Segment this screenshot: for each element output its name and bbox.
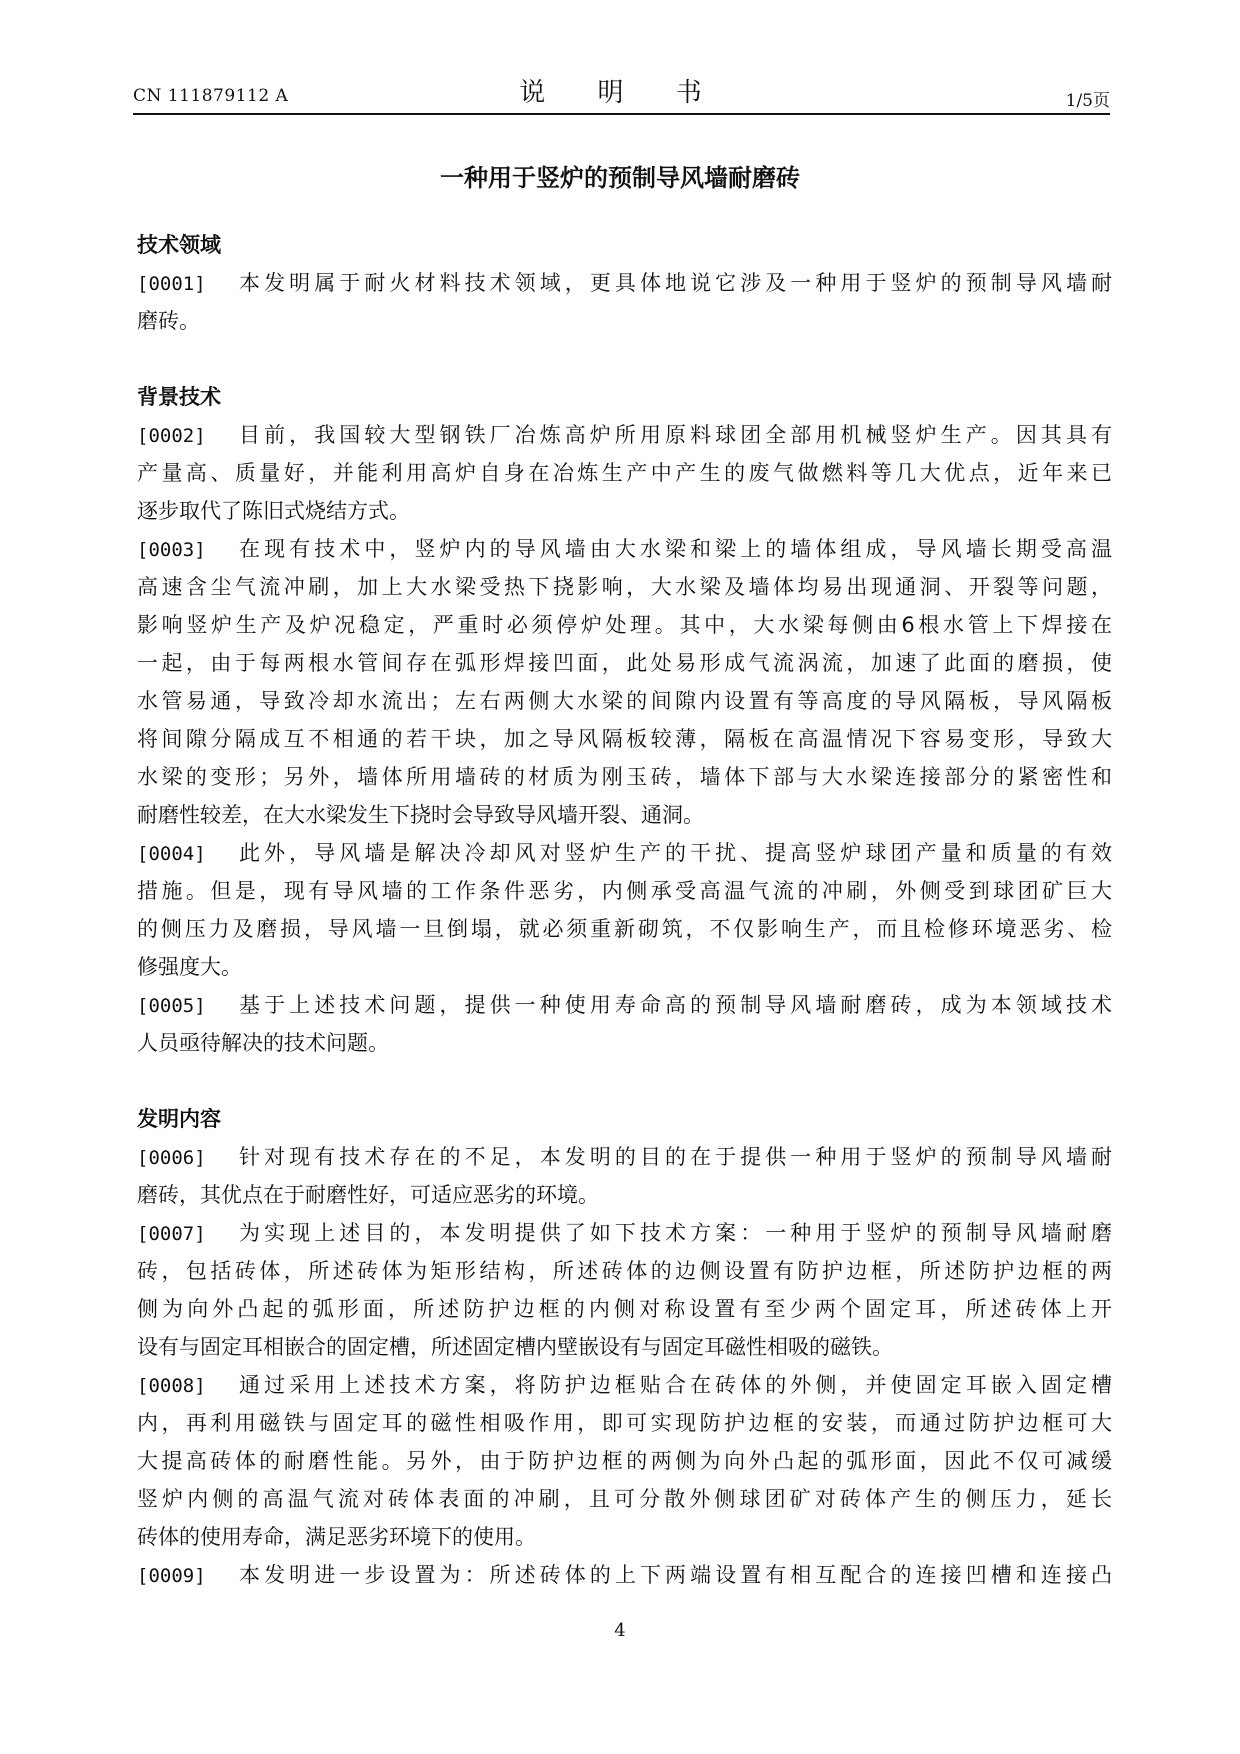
- text-line: 砖体的使用寿命，满足恶劣环境下的使用。: [137, 1518, 1112, 1556]
- page-number: 4: [0, 1620, 1240, 1641]
- line-text: 修强度大。: [137, 955, 242, 979]
- paragraph-number: [0006]: [137, 1139, 235, 1177]
- paragraph-number: [0004]: [137, 835, 235, 873]
- line-text: 磨砖。: [137, 309, 200, 333]
- paragraph-number: [0008]: [137, 1367, 235, 1405]
- section-heading: 发明内容: [137, 1100, 1112, 1138]
- text-line: [0009]本发明进一步设置为：所述砖体的上下两端设置有相互配合的连接凹槽和连接…: [137, 1556, 1112, 1594]
- line-text: 基于上述技术问题，提供一种使用寿命高的预制导风墙耐磨砖，成为本领域技术: [235, 993, 1112, 1017]
- line-text: 设有与固定耳相嵌合的固定槽，所述固定槽内壁嵌设有与固定耳磁性相吸的磁铁。: [137, 1335, 893, 1359]
- section-gap: [137, 340, 1112, 378]
- paragraph: [0008]通过采用上述技术方案，将防护边框贴合在砖体的外侧，并使固定耳嵌入固定…: [137, 1366, 1112, 1556]
- line-text: 通过采用上述技术方案，将防护边框贴合在砖体的外侧，并使固定耳嵌入固定槽: [235, 1373, 1112, 1397]
- text-line: [0007]为实现上述目的，本发明提供了如下技术方案：一种用于竖炉的预制导风墙耐…: [137, 1214, 1112, 1252]
- text-line: 产量高、质量好，并能利用高炉自身在冶炼生产中产生的废气做燃料等几大优点，近年来已: [137, 454, 1112, 492]
- section-heading: 技术领域: [137, 226, 1112, 264]
- line-text: 本发明属于耐火材料技术领域，更具体地说它涉及一种用于竖炉的预制导风墙耐: [235, 271, 1112, 295]
- line-text: 此外，导风墙是解决冷却风对竖炉生产的干扰、提高竖炉球团产量和质量的有效: [235, 841, 1112, 865]
- text-line: 砖，包括砖体，所述砖体为矩形结构，所述砖体的边侧设置有防护边框，所述防护边框的两: [137, 1252, 1112, 1290]
- line-text: 目前，我国较大型钢铁厂冶炼高炉所用原料球团全部用机械竖炉生产。因其具有: [235, 423, 1112, 447]
- page-header: CN 111879112 A 说 明 书 1/5页: [133, 72, 1110, 110]
- text-line: [0003]在现有技术中，竖炉内的导风墙由大水梁和梁上的墙体组成，导风墙长期受高…: [137, 530, 1112, 568]
- text-line: 侧为向外凸起的弧形面，所述防护边框的内侧对称设置有至少两个固定耳，所述砖体上开: [137, 1290, 1112, 1328]
- line-text: 竖炉内侧的高温气流对砖体表面的冲刷，且可分散外侧球团矿对砖体产生的侧压力，延长: [137, 1487, 1112, 1511]
- text-line: 磨砖。: [137, 302, 1112, 340]
- paragraph-number: [0003]: [137, 531, 235, 569]
- text-line: [0008]通过采用上述技术方案，将防护边框贴合在砖体的外侧，并使固定耳嵌入固定…: [137, 1366, 1112, 1404]
- paragraph-number: [0009]: [137, 1557, 235, 1595]
- line-text: 砖体的使用寿命，满足恶劣环境下的使用。: [137, 1525, 536, 1549]
- line-text: 将间隙分隔成互不相通的若干块，加之导风隔板较薄，隔板在高温情况下容易变形，导致大: [137, 727, 1112, 751]
- page-indicator: 1/5页: [1066, 86, 1110, 111]
- line-text: 影响竖炉生产及炉况稳定，严重时必须停炉处理。其中，大水梁每侧由6根水管上下焊接在: [137, 613, 1112, 637]
- paragraph: [0001]本发明属于耐火材料技术领域，更具体地说它涉及一种用于竖炉的预制导风墙…: [137, 264, 1112, 340]
- doc-type: 说 明 书: [133, 72, 1110, 109]
- paragraph-number: [0001]: [137, 265, 235, 303]
- line-text: 水梁的变形；另外，墙体所用墙砖的材质为刚玉砖，墙体下部与大水梁连接部分的紧密性和: [137, 765, 1112, 789]
- line-text: 人员亟待解决的技术问题。: [137, 1031, 389, 1055]
- text-line: [0006]针对现有技术存在的不足，本发明的目的在于提供一种用于竖炉的预制导风墙…: [137, 1138, 1112, 1176]
- text-line: [0001]本发明属于耐火材料技术领域，更具体地说它涉及一种用于竖炉的预制导风墙…: [137, 264, 1112, 302]
- text-line: 措施。但是，现有导风墙的工作条件恶劣，内侧承受高温气流的冲刷，外侧受到球团矿巨大: [137, 872, 1112, 910]
- paragraph: [0002]目前，我国较大型钢铁厂冶炼高炉所用原料球团全部用机械竖炉生产。因其具…: [137, 416, 1112, 530]
- text-line: 水梁的变形；另外，墙体所用墙砖的材质为刚玉砖，墙体下部与大水梁连接部分的紧密性和: [137, 758, 1112, 796]
- text-line: 逐步取代了陈旧式烧结方式。: [137, 492, 1112, 530]
- header-rule: [133, 113, 1110, 115]
- line-text: 大提高砖体的耐磨性能。另外，由于防护边框的两侧为向外凸起的弧形面，因此不仅可减缓: [137, 1449, 1112, 1473]
- line-text: 一起，由于每两根水管间存在弧形焊接凹面，此处易形成气流涡流，加速了此面的磨损，使: [137, 651, 1112, 675]
- text-line: 的侧压力及磨损，导风墙一旦倒塌，就必须重新砌筑，不仅影响生产，而且检修环境恶劣、…: [137, 910, 1112, 948]
- text-line: 耐磨性较差，在大水梁发生下挠时会导致导风墙开裂、通洞。: [137, 796, 1112, 834]
- text-line: 高速含尘气流冲刷，加上大水梁受热下挠影响，大水梁及墙体均易出现通洞、开裂等问题，: [137, 568, 1112, 606]
- line-text: 砖，包括砖体，所述砖体为矩形结构，所述砖体的边侧设置有防护边框，所述防护边框的两: [137, 1259, 1112, 1283]
- document-body: 技术领域[0001]本发明属于耐火材料技术领域，更具体地说它涉及一种用于竖炉的预…: [137, 226, 1112, 1594]
- paragraph: [0005]基于上述技术问题，提供一种使用寿命高的预制导风墙耐磨砖，成为本领域技…: [137, 986, 1112, 1062]
- line-text: 高速含尘气流冲刷，加上大水梁受热下挠影响，大水梁及墙体均易出现通洞、开裂等问题，: [137, 575, 1112, 599]
- paragraph-number: [0002]: [137, 417, 235, 455]
- text-line: 磨砖，其优点在于耐磨性好，可适应恶劣的环境。: [137, 1176, 1112, 1214]
- document-title: 一种用于竖炉的预制导风墙耐磨砖: [0, 158, 1240, 193]
- text-line: [0004]此外，导风墙是解决冷却风对竖炉生产的干扰、提高竖炉球团产量和质量的有…: [137, 834, 1112, 872]
- line-text: 在现有技术中，竖炉内的导风墙由大水梁和梁上的墙体组成，导风墙长期受高温: [235, 537, 1112, 561]
- section-gap: [137, 1062, 1112, 1100]
- text-line: 人员亟待解决的技术问题。: [137, 1024, 1112, 1062]
- line-text: 措施。但是，现有导风墙的工作条件恶劣，内侧承受高温气流的冲刷，外侧受到球团矿巨大: [137, 879, 1112, 903]
- line-text: 产量高、质量好，并能利用高炉自身在冶炼生产中产生的废气做燃料等几大优点，近年来已: [137, 461, 1112, 485]
- line-text: 逐步取代了陈旧式烧结方式。: [137, 499, 410, 523]
- line-text: 内，再利用磁铁与固定耳的磁性相吸作用，即可实现防护边框的安装，而通过防护边框可大: [137, 1411, 1112, 1435]
- line-text: 水管易通，导致冷却水流出；左右两侧大水梁的间隙内设置有等高度的导风隔板，导风隔板: [137, 689, 1112, 713]
- paragraph: [0003]在现有技术中，竖炉内的导风墙由大水梁和梁上的墙体组成，导风墙长期受高…: [137, 530, 1112, 834]
- paragraph: [0004]此外，导风墙是解决冷却风对竖炉生产的干扰、提高竖炉球团产量和质量的有…: [137, 834, 1112, 986]
- text-line: 内，再利用磁铁与固定耳的磁性相吸作用，即可实现防护边框的安装，而通过防护边框可大: [137, 1404, 1112, 1442]
- text-line: 影响竖炉生产及炉况稳定，严重时必须停炉处理。其中，大水梁每侧由6根水管上下焊接在: [137, 606, 1112, 644]
- paragraph-number: [0005]: [137, 987, 235, 1025]
- line-text: 本发明进一步设置为：所述砖体的上下两端设置有相互配合的连接凹槽和连接凸: [235, 1563, 1112, 1587]
- line-text: 的侧压力及磨损，导风墙一旦倒塌，就必须重新砌筑，不仅影响生产，而且检修环境恶劣、…: [137, 917, 1112, 941]
- text-line: 一起，由于每两根水管间存在弧形焊接凹面，此处易形成气流涡流，加速了此面的磨损，使: [137, 644, 1112, 682]
- text-line: 修强度大。: [137, 948, 1112, 986]
- text-line: 竖炉内侧的高温气流对砖体表面的冲刷，且可分散外侧球团矿对砖体产生的侧压力，延长: [137, 1480, 1112, 1518]
- text-line: 水管易通，导致冷却水流出；左右两侧大水梁的间隙内设置有等高度的导风隔板，导风隔板: [137, 682, 1112, 720]
- text-line: 设有与固定耳相嵌合的固定槽，所述固定槽内壁嵌设有与固定耳磁性相吸的磁铁。: [137, 1328, 1112, 1366]
- line-text: 为实现上述目的，本发明提供了如下技术方案：一种用于竖炉的预制导风墙耐磨: [235, 1221, 1112, 1245]
- paragraph: [0009]本发明进一步设置为：所述砖体的上下两端设置有相互配合的连接凹槽和连接…: [137, 1556, 1112, 1594]
- section-heading: 背景技术: [137, 378, 1112, 416]
- line-text: 磨砖，其优点在于耐磨性好，可适应恶劣的环境。: [137, 1183, 599, 1207]
- line-text: 针对现有技术存在的不足，本发明的目的在于提供一种用于竖炉的预制导风墙耐: [235, 1145, 1112, 1169]
- text-line: [0005]基于上述技术问题，提供一种使用寿命高的预制导风墙耐磨砖，成为本领域技…: [137, 986, 1112, 1024]
- paragraph: [0006]针对现有技术存在的不足，本发明的目的在于提供一种用于竖炉的预制导风墙…: [137, 1138, 1112, 1214]
- paragraph-number: [0007]: [137, 1215, 235, 1253]
- line-text: 耐磨性较差，在大水梁发生下挠时会导致导风墙开裂、通洞。: [137, 803, 704, 827]
- paragraph: [0007]为实现上述目的，本发明提供了如下技术方案：一种用于竖炉的预制导风墙耐…: [137, 1214, 1112, 1366]
- text-line: [0002]目前，我国较大型钢铁厂冶炼高炉所用原料球团全部用机械竖炉生产。因其具…: [137, 416, 1112, 454]
- text-line: 将间隙分隔成互不相通的若干块，加之导风隔板较薄，隔板在高温情况下容易变形，导致大: [137, 720, 1112, 758]
- line-text: 侧为向外凸起的弧形面，所述防护边框的内侧对称设置有至少两个固定耳，所述砖体上开: [137, 1297, 1112, 1321]
- text-line: 大提高砖体的耐磨性能。另外，由于防护边框的两侧为向外凸起的弧形面，因此不仅可减缓: [137, 1442, 1112, 1480]
